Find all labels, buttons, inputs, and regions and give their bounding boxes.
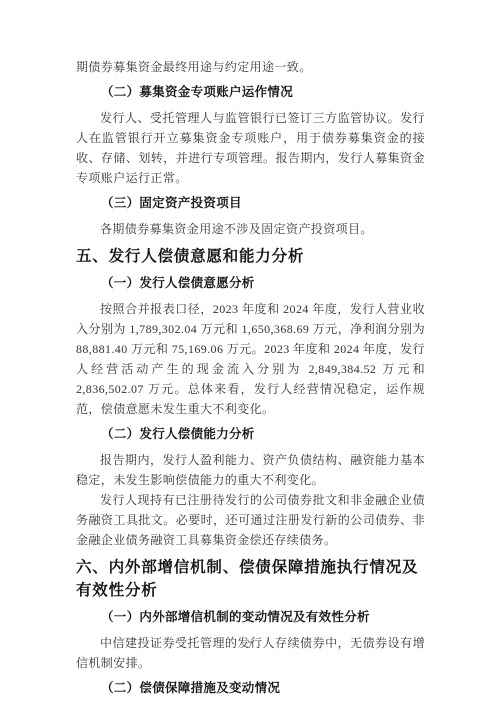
paragraph-registered-approvals: 发行人现持有已注册待发行的公司债券批文和非金融企业债务融资工具批文。必要时，还可…	[76, 490, 425, 550]
paragraph-ability-stability: 报告期内，发行人盈利能力、资产负债结构、融资能力基本稳定，未发生影响偿债能力的重…	[76, 450, 425, 490]
subheading-fixed-asset-projects: （三）固定资产投资项目	[76, 194, 425, 213]
paragraph-financial-figures: 按照合并报表口径，2023 年度和 2024 年度，发行人营业收入分别为 1,7…	[76, 299, 425, 419]
subheading-repayment-ability: （二）发行人偿债能力分析	[76, 425, 425, 444]
paragraph-fund-account-detail: 发行人、受托管理人与监管银行已签订三方监管协议。发行人在监管银行开立募集资金专项…	[76, 108, 425, 188]
document-body: 期债券募集资金最终用途与约定用途一致。 （二）募集资金专项账户运作情况 发行人、…	[76, 57, 425, 698]
paragraph-fixed-asset-detail: 各期债券募集资金用途不涉及固定资产投资项目。	[76, 219, 425, 239]
subheading-credit-mechanism-changes: （一）内外部增信机制的变动情况及有效性分析	[76, 608, 425, 627]
page-number: 7	[0, 641, 500, 651]
document-page: 期债券募集资金最终用途与约定用途一致。 （二）募集资金专项账户运作情况 发行人、…	[0, 0, 500, 707]
paragraph-continuation: 期债券募集资金最终用途与约定用途一致。	[76, 57, 425, 77]
paragraph-no-credit-enhancement: 中信建投证券受托管理的发行人存续债券中，无债券设有增信机制安排。	[76, 633, 425, 673]
section-heading-6-credit-enhancement: 六、内外部增信机制、偿债保障措施执行情况及有效性分析	[76, 556, 425, 602]
subheading-repayment-safeguards: （二）偿债保障措施及变动情况	[76, 679, 425, 698]
subheading-repayment-willingness: （一）发行人偿债意愿分析	[76, 274, 425, 293]
subheading-fund-account-operation: （二）募集资金专项账户运作情况	[76, 83, 425, 102]
section-heading-5-repayment-analysis: 五、发行人偿债意愿和能力分析	[76, 245, 425, 268]
